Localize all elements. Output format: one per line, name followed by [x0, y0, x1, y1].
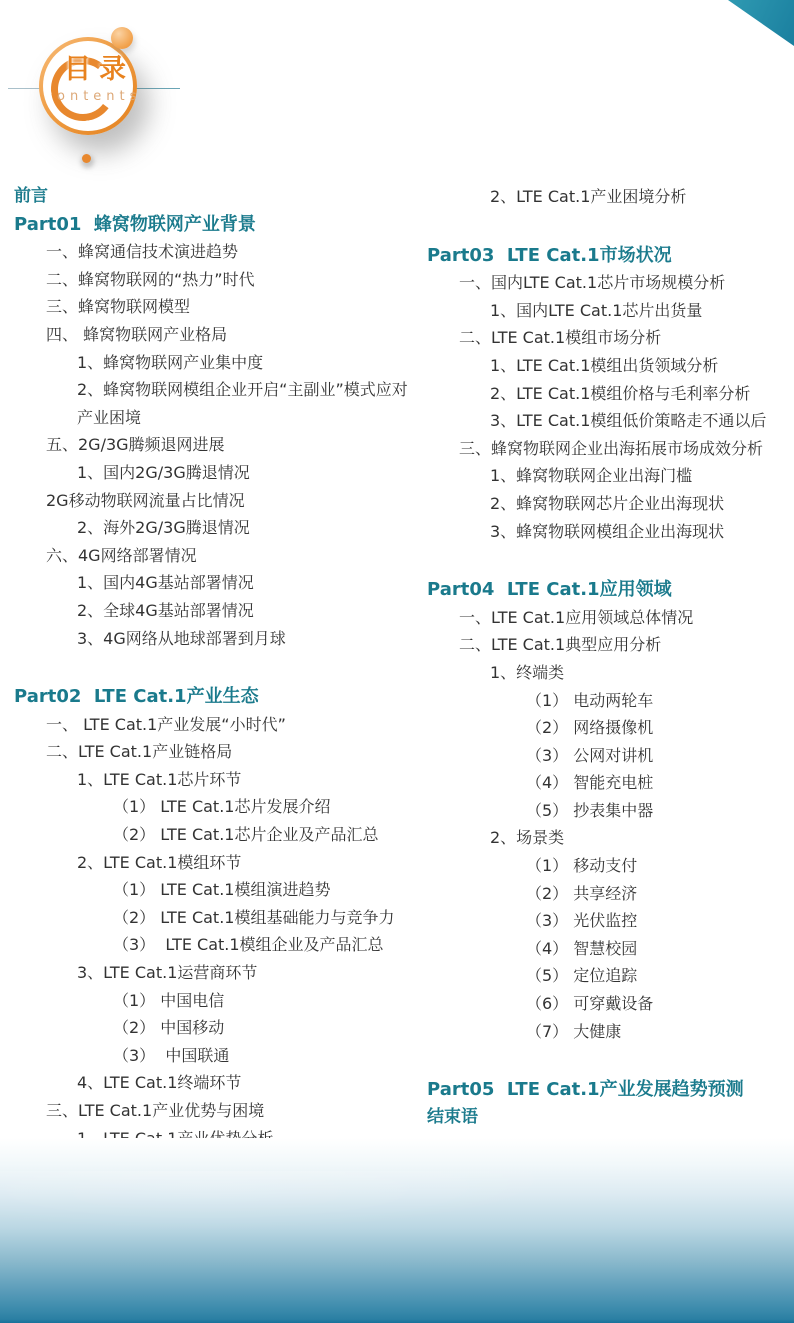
toc-entry: 三、蜂窝物联网模型 — [14, 293, 416, 321]
toc-entry: （1） 中国电信 — [14, 987, 416, 1015]
toc-entry: （1） 移动支付 — [427, 852, 789, 880]
toc-entry: （3） 公网对讲机 — [427, 742, 789, 770]
toc-section-heading: 结束语 — [427, 1104, 789, 1132]
toc-entry: （4） 智慧校园 — [427, 935, 789, 963]
toc-entry: 一、蜂窝通信技术演进趋势 — [14, 238, 416, 266]
toc-entry: 2、蜂窝物联网芯片企业出海现状 — [427, 490, 789, 518]
logo-title-english: ontents — [57, 89, 141, 104]
toc-entry: （3） 光伏监控 — [427, 907, 789, 935]
toc-left-column: 前言Part01 蜂窝物联网产业背景一、蜂窝通信技术演进趋势二、蜂窝物联网的“热… — [14, 183, 416, 1152]
toc-entry: （5） 定位追踪 — [427, 962, 789, 990]
toc-entry: 2G移动物联网流量占比情况 — [14, 487, 416, 515]
toc-section-heading: Part02 LTE Cat.1产业生态 — [14, 683, 416, 711]
toc-section-heading: Part03 LTE Cat.1市场状况 — [427, 242, 789, 270]
toc-entry: 三、LTE Cat.1产业优势与困境 — [14, 1097, 416, 1125]
toc-entry: （7） 大健康 — [427, 1018, 789, 1046]
toc-entry: （6） 可穿戴设备 — [427, 990, 789, 1018]
toc-entry: （2） LTE Cat.1芯片企业及产品汇总 — [14, 821, 416, 849]
toc-entry: 二、LTE Cat.1产业链格局 — [14, 738, 416, 766]
toc-entry: （4） 智能充电桩 — [427, 769, 789, 797]
toc-entry: （2） 中国移动 — [14, 1014, 416, 1042]
logo-bubble-decoration — [111, 27, 133, 49]
toc-entry: 2、LTE Cat.1模组环节 — [14, 849, 416, 877]
toc-entry: （3） LTE Cat.1模组企业及产品汇总 — [14, 931, 416, 959]
toc-entry: （1） LTE Cat.1芯片发展介绍 — [14, 793, 416, 821]
toc-entry: （1） 电动两轮车 — [427, 687, 789, 715]
toc-right-column: 2、LTE Cat.1产业困境分析Part03 LTE Cat.1市场状况一、国… — [427, 183, 789, 1131]
toc-entry: （5） 抄表集中器 — [427, 797, 789, 825]
toc-entry: 4、LTE Cat.1终端环节 — [14, 1069, 416, 1097]
toc-entry: 3、蜂窝物联网模组企业出海现状 — [427, 518, 789, 546]
toc-entry: 一、LTE Cat.1应用领域总体情况 — [427, 604, 789, 632]
toc-entry: 1、蜂窝物联网企业出海门槛 — [427, 462, 789, 490]
toc-entry: （1） LTE Cat.1模组演进趋势 — [14, 876, 416, 904]
toc-entry: 四、 蜂窝物联网产业格局 — [14, 321, 416, 349]
toc-section-heading: Part04 LTE Cat.1应用领域 — [427, 576, 789, 604]
toc-entry: 2、LTE Cat.1模组价格与毛利率分析 — [427, 380, 789, 408]
toc-entry: （2） 网络摄像机 — [427, 714, 789, 742]
bottom-wave-decoration — [0, 1138, 794, 1323]
toc-entry: 2、LTE Cat.1产业困境分析 — [427, 183, 789, 211]
toc-entry: 1、国内4G基站部署情况 — [14, 569, 416, 597]
toc-entry: 三、蜂窝物联网企业出海拓展市场成效分析 — [427, 435, 789, 463]
toc-entry: 2、海外2G/3G腾退情况 — [14, 514, 416, 542]
toc-entry: 1、国内LTE Cat.1芯片出货量 — [427, 297, 789, 325]
toc-entry: 六、4G网络部署情况 — [14, 542, 416, 570]
toc-entry: 一、国内LTE Cat.1芯片市场规模分析 — [427, 269, 789, 297]
toc-section-heading: 前言 — [14, 183, 416, 211]
toc-entry: （2） LTE Cat.1模组基础能力与竞争力 — [14, 904, 416, 932]
toc-entry: 1、LTE Cat.1芯片环节 — [14, 766, 416, 794]
toc-section-heading: Part01 蜂窝物联网产业背景 — [14, 211, 416, 239]
logo-title-chinese: 目录 — [64, 55, 134, 85]
toc-entry: 二、LTE Cat.1典型应用分析 — [427, 631, 789, 659]
toc-entry: （3） 中国联通 — [14, 1042, 416, 1070]
corner-triangle-decoration — [728, 0, 794, 46]
toc-entry: 2、全球4G基站部署情况 — [14, 597, 416, 625]
toc-entry: 3、4G网络从地球部署到月球 — [14, 625, 416, 653]
toc-entry: （2） 共享经济 — [427, 880, 789, 908]
toc-page: { "header": { "logo": { "letter": "C", "… — [0, 0, 794, 1323]
toc-entry: 一、 LTE Cat.1产业发展“小时代” — [14, 711, 416, 739]
toc-entry: 3、LTE Cat.1运营商环节 — [14, 959, 416, 987]
toc-entry: 二、蜂窝物联网的“热力”时代 — [14, 266, 416, 294]
toc-section-heading: Part05 LTE Cat.1产业发展趋势预测 — [427, 1076, 789, 1104]
toc-entry: 1、国内2G/3G腾退情况 — [14, 459, 416, 487]
toc-entry: 1、LTE Cat.1模组出货领域分析 — [427, 352, 789, 380]
toc-entry: 1、蜂窝物联网产业集中度 — [14, 349, 416, 377]
toc-entry: 2、场景类 — [427, 824, 789, 852]
logo-dot-decoration — [82, 154, 91, 163]
toc-entry: 五、2G/3G腾频退网进展 — [14, 431, 416, 459]
toc-entry: 3、LTE Cat.1模组低价策略走不通以后 — [427, 407, 789, 435]
toc-entry: 二、LTE Cat.1模组市场分析 — [427, 324, 789, 352]
toc-entry: 1、终端类 — [427, 659, 789, 687]
toc-entry: 2、蜂窝物联网模组企业开启“主副业”模式应对产业困境 — [14, 376, 416, 431]
